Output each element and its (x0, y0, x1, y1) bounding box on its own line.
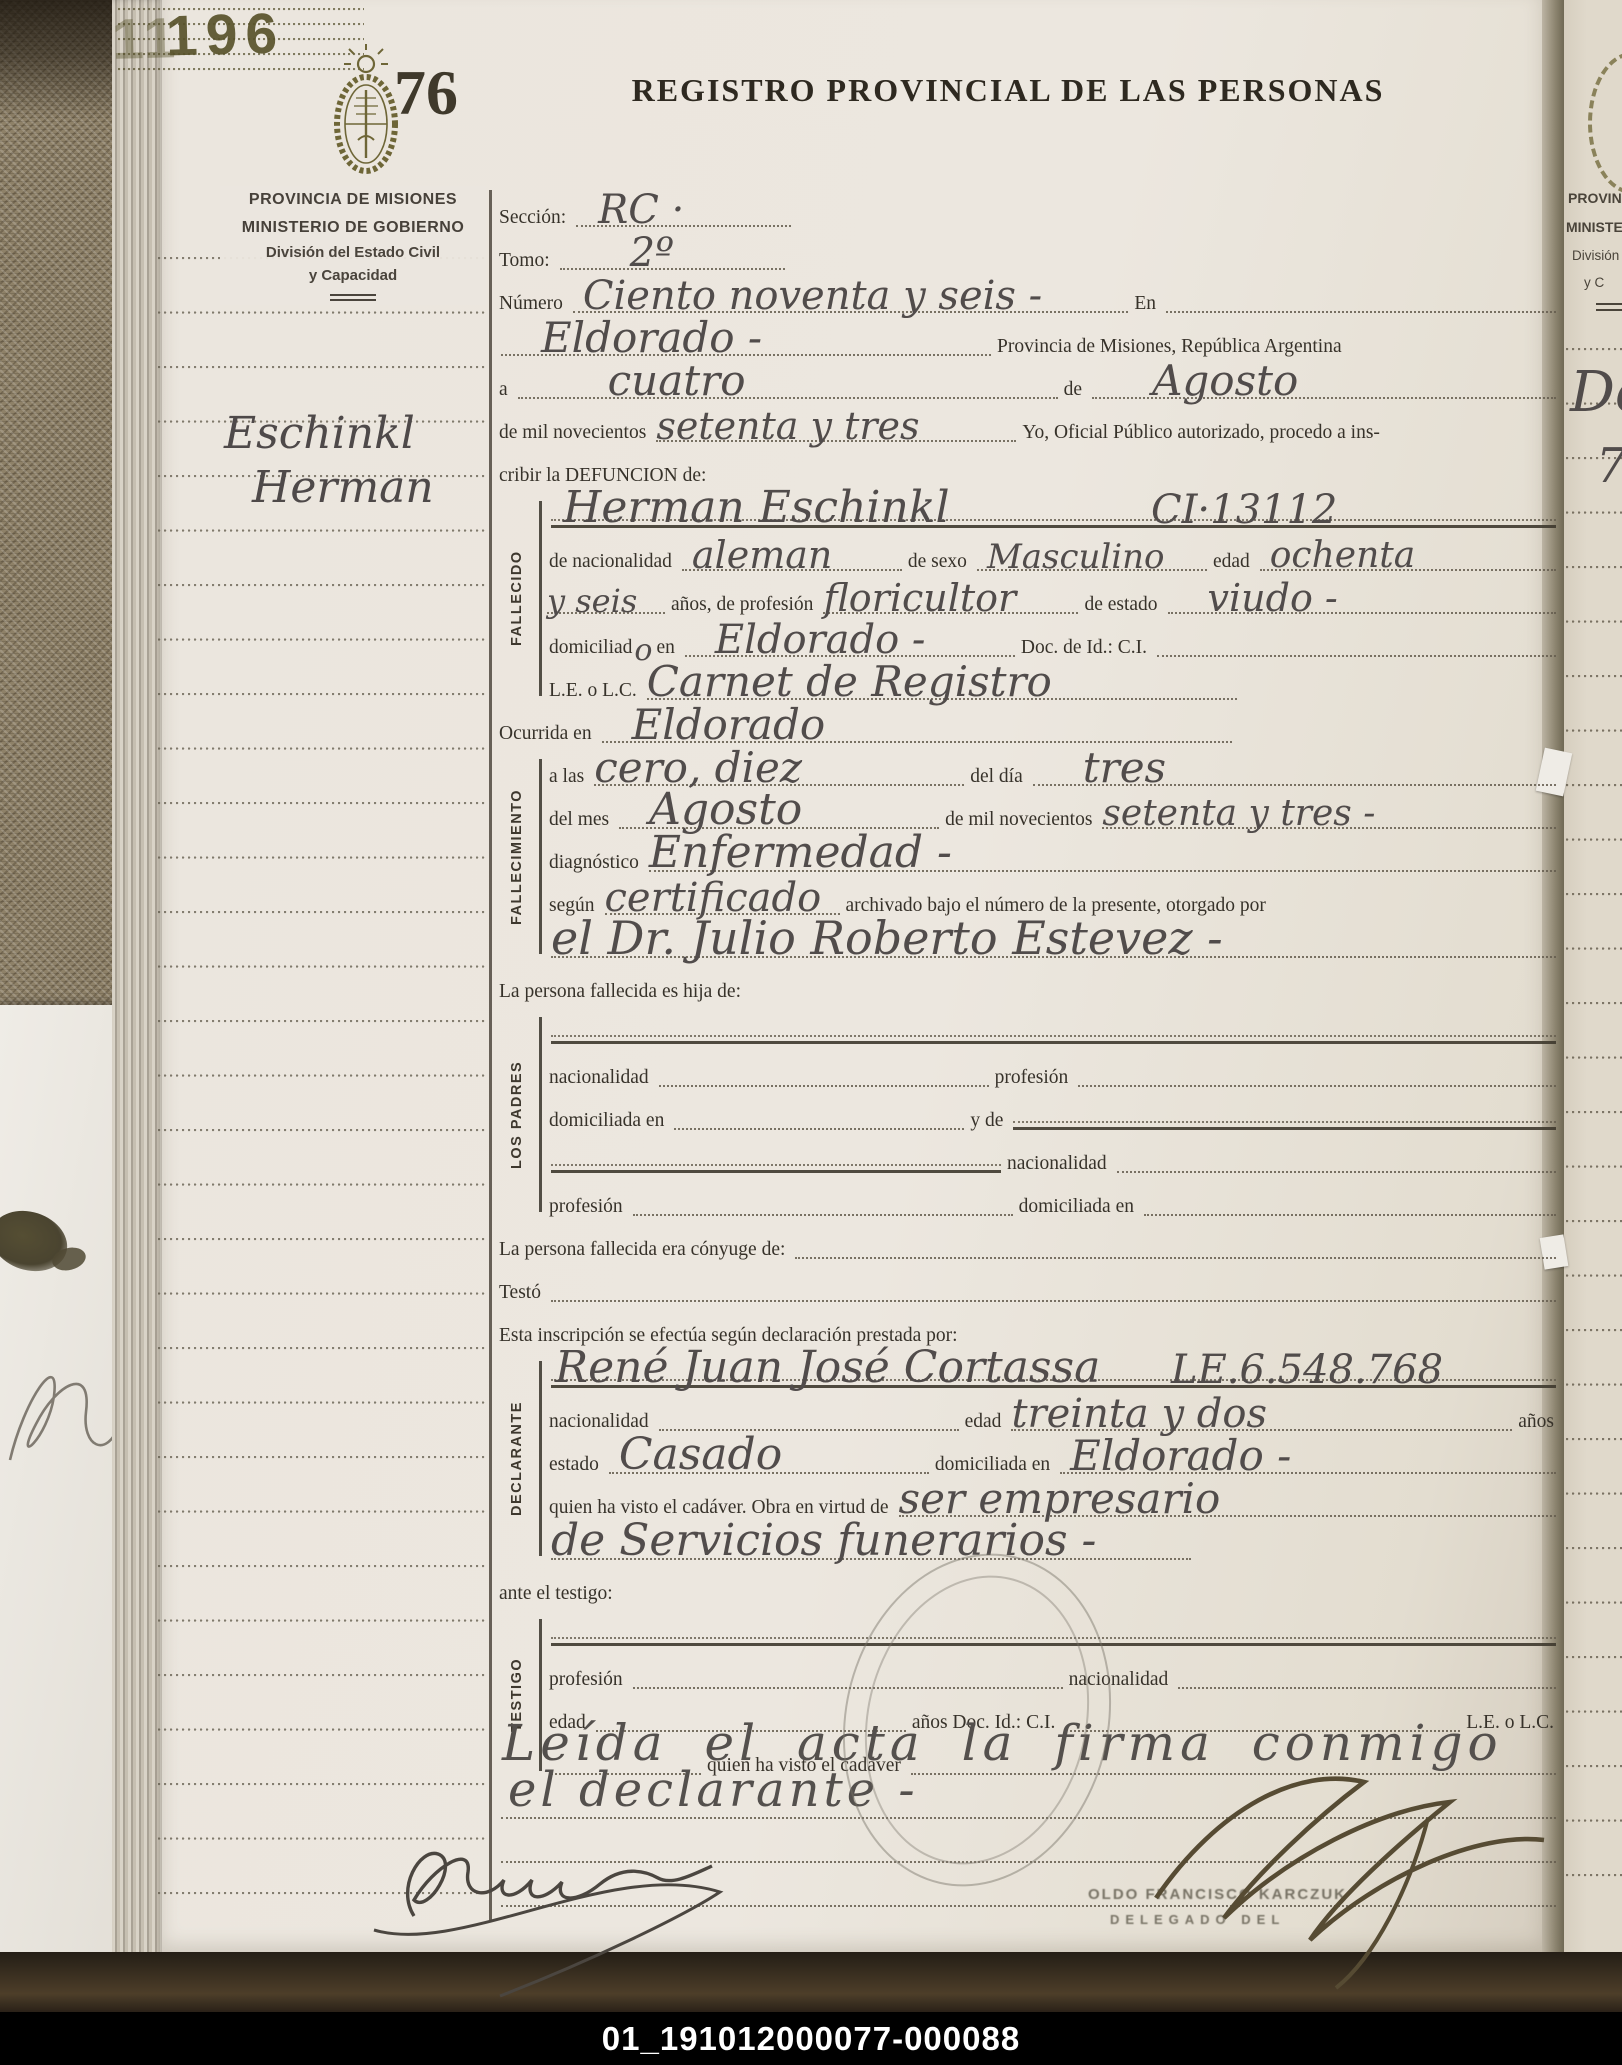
tomo-line: 2º (560, 266, 785, 270)
a-label: a (497, 379, 514, 407)
fallecimiento-section-label: FALLECIMIENTO (509, 761, 525, 952)
field-row-nacionalidad-sexo: de nacionalidad aleman de sexo Masculino… (547, 536, 1560, 579)
field-row-lelc: L.E. o L.C. Carnet de Registro (547, 665, 1560, 708)
sexo-label: de sexo (906, 551, 973, 579)
field-row-hora-dia: a las cero, diez del día tres (547, 751, 1560, 794)
field-row-seccion: Sección: RC · (497, 192, 1560, 235)
diagnostico-line: Enfermedad - (649, 868, 1556, 872)
declarante-estado-label: estado (547, 1454, 605, 1482)
stacked-page-edges (112, 0, 164, 1958)
field-row-declarante-virtud: quien ha visto el cadáver. Obra en virtu… (547, 1482, 1560, 1525)
declarant-signature (368, 1798, 798, 1998)
madre-domiciliada-label: domiciliada en (1017, 1196, 1140, 1224)
declarante-section-label: DECLARANTE (509, 1363, 525, 1554)
hora-entry: cero, diez (594, 747, 802, 789)
field-row-declarante-nombre: René Juan José Cortassa LE.6.548.768 (547, 1353, 1560, 1396)
next-page-letterhead-line2: MINISTERIO (1566, 219, 1622, 235)
field-row-defuncion: cribir la DEFUNCION de: (497, 450, 1560, 493)
declarante-section-rule (539, 1361, 542, 1556)
demil-label: de mil novecientos (943, 809, 1098, 837)
doc-id-label: Doc. de Id.: C.I. (1019, 637, 1153, 665)
scanned-death-record-photo: PROVINCIA MINISTERIO División d y C De 7… (0, 0, 1622, 2065)
declaracion-line-label: Esta inscripción se efectúa según declar… (497, 1325, 964, 1353)
declarante-edad-entry: treinta y dos (1011, 1394, 1267, 1434)
estado-entry: viudo - (1208, 579, 1338, 617)
seccion-entry: RC · (598, 190, 684, 230)
seccion-label: Sección: (497, 207, 572, 235)
estado-line: viudo - (1168, 610, 1556, 614)
field-row-hija-de: La persona fallecida es hija de: (497, 966, 1560, 1009)
field-row-mes-anio: del mes Agosto de mil novecientos setent… (547, 794, 1560, 837)
hija-line-label: La persona fallecida es hija de: (497, 981, 747, 1009)
acta-number-stamp: 196 (165, 0, 286, 69)
edad-line: ochenta (1260, 567, 1556, 571)
deldia-label: del día (968, 766, 1029, 794)
sexo-line: Masculino (977, 567, 1207, 571)
field-row-numero: Número Ciento noventa y seis - En (497, 278, 1560, 321)
next-page-letterhead-line1: PROVINCIA (1568, 190, 1622, 206)
nombre-fallecido-entry: Herman Eschinkl (563, 486, 950, 530)
domicilio-en-label: en (654, 637, 680, 665)
field-row-testo: Testó (497, 1267, 1560, 1310)
padre-nacionalidad-label: nacionalidad (547, 1067, 655, 1095)
field-row-padre-nombre (547, 1009, 1560, 1052)
profesion-entry: floricultor (823, 579, 1016, 617)
field-row-lugar: Eldorado - Provincia de Misiones, Repúbl… (497, 321, 1560, 364)
madre-domicilio-line (1144, 1212, 1556, 1216)
fallecido-section-label: FALLECIDO (509, 503, 525, 694)
defuncion-line-label: cribir la DEFUNCION de: (497, 465, 712, 493)
letterhead-rule (330, 294, 376, 301)
ocurrida-line: Eldorado (602, 739, 1232, 743)
nacionalidad-line: aleman (682, 567, 902, 571)
document-title: REGISTRO PROVINCIAL DE LAS PERSONAS (548, 72, 1468, 109)
profesion-label: años, de profesión (669, 594, 819, 622)
declarante-estado-entry: Casado (619, 1433, 782, 1477)
field-row-fecha: a cuatro de Agosto (497, 364, 1560, 407)
next-page-letterhead-line3: División d (1572, 248, 1622, 263)
next-page-handwriting-1: De (1570, 360, 1622, 425)
field-row-certificante: el Dr. Julio Roberto Estevez - (547, 923, 1560, 966)
declarante-anos-label: años (1516, 1411, 1560, 1439)
domicilio-label: domiciliad (547, 637, 632, 665)
virtud2-line: de Servicios funerarios - (551, 1556, 1191, 1560)
field-row-padre-datos2: domiciliada en y de (547, 1095, 1560, 1138)
en-label: En (1132, 293, 1162, 321)
letterhead-line3: División del Estado Civil (220, 242, 486, 265)
official-signature (1128, 1748, 1568, 1993)
virtud-entry: ser empresario (899, 1478, 1221, 1520)
anio-entry: setenta y tres (656, 407, 919, 445)
documento-fallecido-entry: CI·13112 (1151, 490, 1337, 530)
field-row-declarante-edad: nacionalidad edad treinta y dos años (547, 1396, 1560, 1439)
madre-nombre-line (1013, 1125, 1556, 1130)
section-fallecido: FALLECIDO Herman Eschinkl CI·13112 de na… (497, 493, 1560, 708)
padre-profesion-label: profesión (993, 1067, 1075, 1095)
page-number: 76 (394, 56, 458, 130)
yde-label: y de (968, 1110, 1009, 1138)
testigo-profesion-line (633, 1685, 1063, 1689)
field-row-ocurrida: Ocurrida en Eldorado (497, 708, 1560, 751)
field-row-conyuge: La persona fallecida era cónyuge de: (497, 1224, 1560, 1267)
dia-line: cuatro (518, 395, 1058, 399)
field-row-anio: de mil novecientos setenta y tres Yo, Of… (497, 407, 1560, 450)
provincia-label: Provincia de Misiones, República Argenti… (995, 336, 1348, 364)
letterhead-line1: PROVINCIA DE MISIONES (220, 186, 486, 214)
nacionalidad-label: de nacionalidad (547, 551, 678, 579)
next-page-letterhead-rule (1596, 303, 1622, 311)
field-row-domicilio: domiciliad o en Eldorado - Doc. de Id.: … (547, 622, 1560, 665)
padre-nacionalidad-line (659, 1083, 989, 1087)
padre-profesion-line (1078, 1083, 1556, 1087)
anio-fallecimiento-entry: setenta y tres - (1102, 796, 1375, 832)
section-fallecimiento: FALLECIMIENTO a las cero, diez del día t… (497, 751, 1560, 966)
photo-id-bar: 01_191012000077-000088 (0, 2012, 1622, 2065)
virtud2-entry: de Servicios funerarios - (551, 1519, 1096, 1563)
madre-nombre-line2 (551, 1168, 1001, 1173)
margin-note-given-name: Herman (252, 466, 434, 510)
dia-fallecimiento-line: tres (1033, 782, 1556, 786)
declarante-domiciliada-label: domiciliada en (933, 1454, 1056, 1482)
numero-label: Número (497, 293, 569, 321)
margin-divider-line (489, 190, 492, 1922)
tomo-entry: 2º (630, 233, 674, 273)
conyuge-line-label: La persona fallecida era cónyuge de: (497, 1239, 791, 1267)
mes-fallecimiento-line: Agosto (619, 825, 939, 829)
madre-profesion-label: profesión (547, 1196, 629, 1224)
field-row-declaracion: Esta inscripción se efectúa según declar… (497, 1310, 1560, 1353)
en-line (1166, 309, 1556, 313)
declarante-domicilio-line: Eldorado - (1060, 1470, 1556, 1474)
ante-line-label: ante el testigo: (497, 1583, 619, 1611)
declarante-edad-line: treinta y dos (1011, 1427, 1512, 1431)
padres-section-rule (539, 1017, 542, 1212)
lelc-label: L.E. o L.C. (547, 680, 643, 708)
margin-note-surname: Eschinkl (224, 412, 415, 456)
edad2-line: y seis (547, 610, 665, 614)
padre-domicilio-line (674, 1126, 964, 1130)
domicilio-letra-entry: o (632, 633, 654, 668)
tomo-label: Tomo: (497, 250, 556, 278)
declarante-nombre-line: René Juan José Cortassa LE.6.548.768 (551, 1383, 1556, 1388)
estado-label: de estado (1082, 594, 1163, 622)
testigo-profesion-label: profesión (547, 1669, 629, 1697)
doc-id-line (1157, 653, 1556, 657)
anio-prefix-label: de mil novecientos (497, 422, 652, 450)
field-row-madre-datos2: profesión domiciliada en (547, 1181, 1560, 1224)
hora-line: cero, diez (594, 782, 964, 786)
archivado-label: archivado bajo el número de la presente,… (844, 895, 1272, 923)
dia-fallecimiento-entry: tres (1083, 747, 1166, 789)
mes-fallecimiento-entry: Agosto (649, 788, 802, 832)
field-row-madre-datos1: nacionalidad (547, 1138, 1560, 1181)
photo-id-text: 01_191012000077-000088 (602, 2020, 1020, 2058)
certificado-line: certificado (605, 911, 840, 915)
testo-line (551, 1298, 1556, 1302)
nacionalidad-entry: aleman (692, 536, 832, 574)
madre-profesion-line (633, 1212, 1013, 1216)
edad-entry-1: ochenta (1270, 538, 1415, 574)
anio-fallecimiento-line: setenta y tres - (1102, 825, 1556, 829)
letterhead: PROVINCIA DE MISIONES MINISTERIO DE GOBI… (220, 186, 486, 305)
alas-label: a las (547, 766, 590, 794)
edad-label: edad (1211, 551, 1256, 579)
declarante-nombre-entry: René Juan José Cortassa (555, 1346, 1100, 1390)
lugar-entry: Eldorado - (541, 317, 762, 359)
madre-nacionalidad-line (1117, 1169, 1556, 1173)
letterhead-line4: y Capacidad (220, 265, 486, 288)
certificante-line: el Dr. Julio Roberto Estevez - (551, 954, 1556, 958)
registration-form: Sección: RC · Tomo: 2º Número Ciento nov… (497, 192, 1560, 1915)
declarante-nacionalidad-label: nacionalidad (547, 1411, 655, 1439)
edad-entry-2: y seis (547, 585, 637, 617)
testo-label: Testó (497, 1282, 547, 1310)
field-row-tomo: Tomo: 2º (497, 235, 1560, 278)
lelc-entry: Carnet de Registro (647, 661, 1052, 703)
section-los-padres: LOS PADRES nacionalidad profesión domici… (497, 1009, 1560, 1224)
declarante-estado-line: Casado (609, 1470, 929, 1474)
nombre-fallecido-line: Herman Eschinkl CI·13112 (551, 523, 1556, 528)
madre-nacionalidad-label: nacionalidad (1005, 1153, 1113, 1181)
field-row-declarante-virtud2: de Servicios funerarios - (547, 1525, 1560, 1568)
sexo-entry: Masculino (987, 540, 1165, 574)
declarante-documento-entry: LE.6.548.768 (1171, 1350, 1443, 1390)
dia-entry: cuatro (608, 360, 746, 402)
diagnostico-entry: Enfermedad - (649, 831, 952, 875)
declarante-domicilio-entry: Eldorado - (1070, 1435, 1291, 1477)
field-row-profesion-estado: y seis años, de profesión floricultor de… (547, 579, 1560, 622)
de-label: de (1062, 379, 1088, 407)
delmes-label: del mes (547, 809, 615, 837)
padre-nombre-line (551, 1039, 1556, 1044)
domicilio-entry: Eldorado - (715, 620, 926, 660)
ocurrida-label: Ocurrida en (497, 723, 598, 751)
next-page-letterhead-line4: y C (1584, 275, 1604, 290)
testigo-nacionalidad-line (1178, 1685, 1556, 1689)
lugar-line: Eldorado - (501, 352, 991, 356)
declarante-edad-label: edad (963, 1411, 1008, 1439)
field-row-padre-datos1: nacionalidad profesión (547, 1052, 1560, 1095)
field-row-ante-testigo: ante el testigo: (497, 1568, 1560, 1611)
field-row-testigo-datos1: profesión nacionalidad (547, 1654, 1560, 1697)
field-row-certificado: según certificado archivado bajo el núme… (547, 880, 1560, 923)
virtud-label: quien ha visto el cadáver. Obra en virtu… (547, 1497, 895, 1525)
oficial-line-label: Yo, Oficial Público autorizado, procedo … (1020, 422, 1386, 450)
profesion-line: floricultor (823, 610, 1078, 614)
domicilio-line: Eldorado - (685, 653, 1015, 657)
declarante-nacionalidad-line (659, 1427, 959, 1431)
numero-entry: Ciento noventa y seis - (583, 276, 1042, 316)
anio-line: setenta y tres (656, 438, 1016, 442)
pencil-scribble (0, 1320, 124, 1480)
conyuge-line (795, 1255, 1556, 1259)
mes-entry: Agosto (1152, 360, 1298, 402)
fallecido-section-rule (539, 501, 542, 696)
numero-line: Ciento noventa y seis - (573, 309, 1128, 313)
argentina-coat-of-arms (330, 44, 402, 178)
field-row-declarante-estado: estado Casado domiciliada en Eldorado - (547, 1439, 1560, 1482)
mes-line: Agosto (1092, 395, 1556, 399)
field-row-testigo-nombre (547, 1611, 1560, 1654)
ocurrida-entry: Eldorado (632, 704, 826, 746)
testigo-nacionalidad-label: nacionalidad (1067, 1669, 1175, 1697)
padres-section-label: LOS PADRES (509, 1019, 525, 1210)
padre-domiciliada-label: domiciliada en (547, 1110, 670, 1138)
field-row-diagnostico: diagnóstico Enfermedad - (547, 837, 1560, 880)
field-row-nombre-fallecido: Herman Eschinkl CI·13112 (547, 493, 1560, 536)
testigo-nombre-line (551, 1641, 1556, 1646)
section-declarante: DECLARANTE René Juan José Cortassa LE.6.… (497, 1353, 1560, 1568)
diagnostico-label: diagnóstico (547, 852, 645, 880)
next-page-handwriting-2: 7 (1596, 438, 1622, 494)
lelc-line: Carnet de Registro (647, 696, 1237, 700)
seccion-line: RC · (576, 223, 791, 227)
certificado-entry: certificado (605, 878, 822, 918)
letterhead-line2: MINISTERIO DE GOBIERNO (220, 214, 486, 242)
segun-label: según (547, 895, 601, 923)
fallecimiento-section-rule (539, 759, 542, 954)
virtud-line: ser empresario (899, 1513, 1556, 1517)
next-page-ruled-lines (1566, 348, 1622, 1908)
